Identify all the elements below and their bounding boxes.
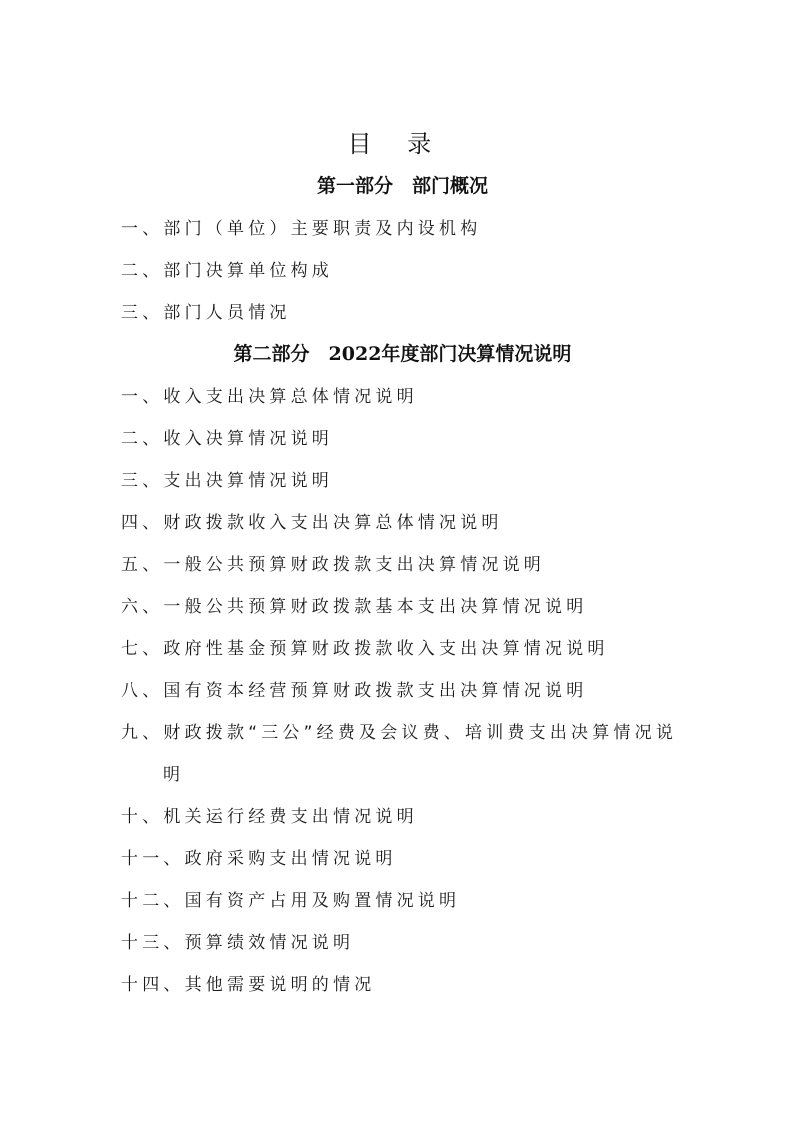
toc-item-label: 二、收入决算情况说明	[121, 429, 333, 449]
toc-item: 十四、其他需要说明的情况	[121, 973, 375, 997]
toc-item-label: 十四、其他需要说明的情况	[121, 975, 375, 995]
toc-item-label: 一、收入支出决算总体情况说明	[121, 387, 418, 407]
toc-item: 二、部门决算单位构成	[121, 259, 333, 283]
toc-item: 八、国有资本经营预算财政拨款支出决算情况说明	[121, 679, 587, 703]
toc-item-label: 七、政府性基金预算财政拨款收入支出决算情况说明	[121, 639, 609, 659]
toc-item: 三、支出决算情况说明	[121, 469, 333, 493]
document-page: 目 录 第一部分 部门概况 一、部门（单位）主要职责及内设机构 二、部门决算单位…	[0, 0, 793, 1122]
part1-heading: 第一部分 部门概况	[0, 173, 793, 199]
toc-item: 五、一般公共预算财政拨款支出决算情况说明	[121, 553, 545, 577]
toc-item-label: 十一、政府采购支出情况说明	[121, 849, 397, 869]
toc-item: 一、收入支出决算总体情况说明	[121, 385, 418, 409]
toc-item: 十三、预算绩效情况说明	[121, 931, 354, 955]
toc-item-label: 六、一般公共预算财政拨款基本支出决算情况说明	[121, 597, 587, 617]
toc-item: 一、部门（单位）主要职责及内设机构	[121, 217, 481, 241]
toc-item: 七、政府性基金预算财政拨款收入支出决算情况说明	[121, 637, 609, 661]
toc-item-label: 五、一般公共预算财政拨款支出决算情况说明	[121, 555, 545, 575]
toc-item: 三、部门人员情况	[121, 301, 291, 325]
toc-item: 二、收入决算情况说明	[121, 427, 333, 451]
toc-item-label: 十二、国有资产占用及购置情况说明	[121, 891, 460, 911]
toc-title: 目 录	[0, 128, 793, 160]
toc-item: 四、财政拨款收入支出决算总体情况说明	[121, 511, 503, 535]
toc-item-label: 九、财政拨款“三公”经费及会议费、培训费支出决算情况说	[121, 723, 677, 743]
toc-item-label: 一、部门（单位）主要职责及内设机构	[121, 219, 481, 239]
toc-item: 九、财政拨款“三公”经费及会议费、培训费支出决算情况说 明	[121, 721, 677, 787]
toc-item: 六、一般公共预算财政拨款基本支出决算情况说明	[121, 595, 587, 619]
toc-item: 十一、政府采购支出情况说明	[121, 847, 397, 871]
toc-item: 十、机关运行经费支出情况说明	[121, 805, 418, 829]
toc-item-label: 十三、预算绩效情况说明	[121, 933, 354, 953]
part2-heading: 第二部分 2022年度部门决算情况说明	[0, 341, 793, 367]
toc-item-label: 四、财政拨款收入支出决算总体情况说明	[121, 513, 503, 533]
toc-item-label-continuation: 明	[121, 763, 677, 787]
toc-item-label: 八、国有资本经营预算财政拨款支出决算情况说明	[121, 681, 587, 701]
toc-item-label: 二、部门决算单位构成	[121, 261, 333, 281]
toc-item-label: 三、部门人员情况	[121, 303, 291, 323]
toc-item: 十二、国有资产占用及购置情况说明	[121, 889, 460, 913]
toc-item-label: 十、机关运行经费支出情况说明	[121, 807, 418, 827]
toc-item-label: 三、支出决算情况说明	[121, 471, 333, 491]
